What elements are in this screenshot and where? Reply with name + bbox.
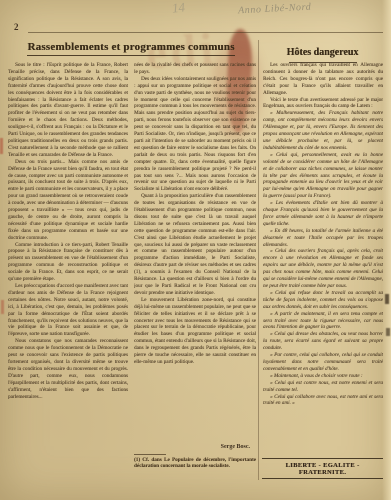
article-right-title: Hôtes dangereux bbox=[287, 47, 359, 58]
paragraph: Comme introduction à ce tiers-parti, Rob… bbox=[8, 242, 128, 283]
paragraph: Sous le titre : l'Esprit politique de la… bbox=[8, 62, 128, 159]
paragraph: « Malheureusement, des Français habitant… bbox=[263, 110, 383, 151]
paragraph: Quant à la proposition particulière d'un… bbox=[134, 193, 256, 297]
paragraph: Le mouvement Libération zone-nord, qui c… bbox=[134, 297, 256, 366]
margin-stain bbox=[1, 300, 4, 314]
paragraph: Nous constatons que nos camarades reconn… bbox=[8, 338, 128, 400]
handwritten-annotation: Anno Libé-Nord bbox=[238, 0, 368, 16]
article-left-column-1: Sous le titre : l'Esprit politique de la… bbox=[8, 62, 128, 470]
page-number: 2 bbox=[14, 22, 19, 32]
article-left-title: Rassemblements et programmes communs bbox=[27, 41, 234, 56]
edge-mark bbox=[385, 294, 389, 304]
paragraph: « A partir de maintenant, il en sera ten… bbox=[263, 311, 383, 332]
edge-mark bbox=[386, 328, 390, 336]
article-left-column-2: nées de la rivalité des chefs et poussen… bbox=[134, 62, 256, 445]
article-right-header: Hôtes dangereux bbox=[262, 42, 383, 63]
paragraph: nées de la rivalité des chefs et poussen… bbox=[134, 62, 256, 76]
paragraph: « Celui qui dresse des obstacles, ou veu… bbox=[263, 331, 383, 352]
article-right-quote: « Malheureusement, des Français habitant… bbox=[263, 110, 383, 407]
footnote-rule bbox=[134, 454, 166, 455]
article-left-header: Rassemblements et programmes communs bbox=[6, 37, 256, 56]
pencil-mark: 14 bbox=[171, 0, 186, 17]
paragraph: Des deux idées volontairement soulignées… bbox=[134, 76, 256, 193]
page-right-edge bbox=[382, 0, 391, 500]
article-right-column: Les ouvriers français qui travaillent en… bbox=[263, 62, 383, 456]
paragraph: « Par contre, celui qui collabore, celui… bbox=[263, 352, 383, 373]
article-signature: Serge Bosc. bbox=[134, 444, 250, 450]
paragraph: Deux ou trois partis... Mais comme nos a… bbox=[8, 159, 128, 242]
paragraph: « Les événements d'Italie ont bien dû mo… bbox=[263, 200, 383, 228]
paragraph: Les préoccupations d'accord que manifest… bbox=[8, 283, 128, 338]
motto-text: LIBERTE - EGALITE - FRATERNITE. bbox=[262, 462, 383, 476]
paragraph: « Celui qui, personnellement, avait eu l… bbox=[263, 152, 383, 200]
article-footnote: (1) Cf. dans Le Populaire de décembre, l… bbox=[134, 457, 256, 470]
article-right-intro: Les ouvriers français qui travaillent en… bbox=[263, 62, 383, 110]
column-divider bbox=[258, 40, 259, 480]
paragraph: « Maintenant, à vous de choisir votre ro… bbox=[263, 373, 383, 380]
paragraph: « Celui des ouvriers français qui, après… bbox=[263, 248, 383, 289]
paragraph: « En 48 heures, la totalité de l'armée i… bbox=[263, 228, 383, 249]
paragraph: Voici le texte d'un avertissement adress… bbox=[263, 97, 383, 111]
margin-stain bbox=[0, 138, 3, 154]
top-rule bbox=[28, 32, 383, 33]
paragraph: « Celui qui est contre nous, est notre e… bbox=[263, 380, 383, 394]
paragraph: Les ouvriers français qui travaillent en… bbox=[263, 62, 383, 97]
motto-box: LIBERTE - EGALITE - FRATERNITE. bbox=[262, 458, 383, 479]
paragraph: « Celui qui refuse donc le travail ou ac… bbox=[263, 290, 383, 311]
paragraph: « Celui qui collabore avec nous, est not… bbox=[263, 394, 383, 408]
scanned-newspaper-page: edi 14 Anno Libé-Nord 2 Rassemblements e… bbox=[0, 0, 391, 500]
